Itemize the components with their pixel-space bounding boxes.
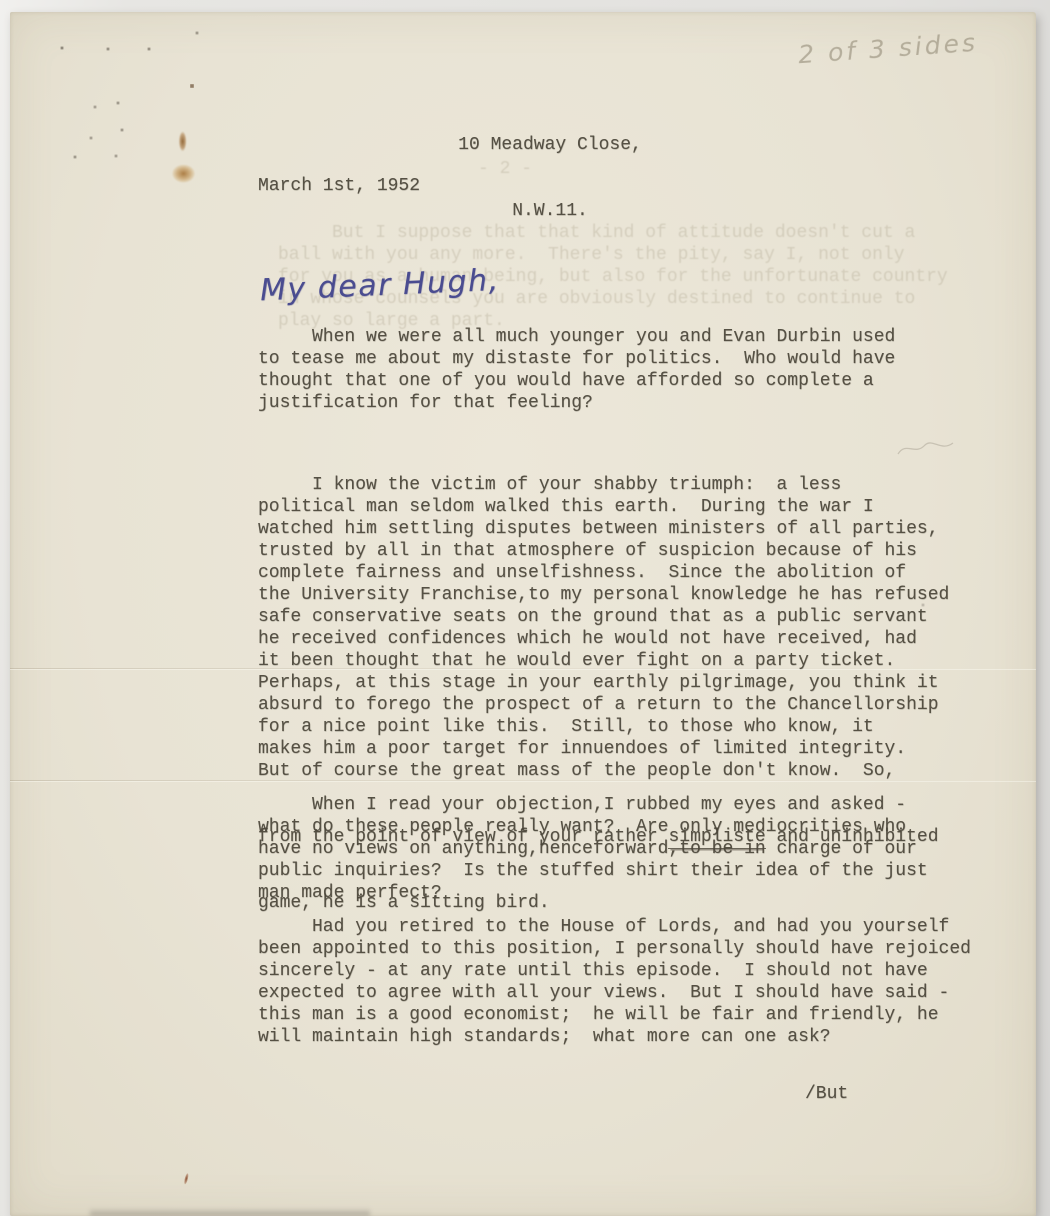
continuation-mark: /But (805, 1083, 848, 1105)
paper-bottom-shadow (90, 1208, 370, 1216)
paragraph-1: When we were all much younger you and Ev… (258, 326, 895, 414)
rust-stain (158, 124, 202, 186)
letter-date: March 1st, 1952 (258, 175, 420, 197)
fold-crease-lower (10, 780, 1036, 781)
paragraph-3: When I read your objection,I rubbed my e… (258, 794, 928, 904)
paragraph-4: Had you retired to the House of Lords, a… (258, 916, 971, 1048)
red-fiber-speck (182, 1170, 191, 1187)
fold-crease-upper (10, 668, 1036, 669)
paragraph-2-lines: I know the victim of your shabby triumph… (258, 474, 949, 782)
pencil-annotation: 2 of 3 sides (797, 28, 979, 69)
dust-specks (10, 12, 12, 14)
address-line-1: 10 Meadway Close, (350, 134, 750, 156)
address-line-2: N.W.11. (350, 200, 750, 222)
pencil-mark (895, 436, 957, 462)
letter-page: 2 of 3 sides - 2 - 10 Meadway Close, N.W… (10, 12, 1036, 1216)
